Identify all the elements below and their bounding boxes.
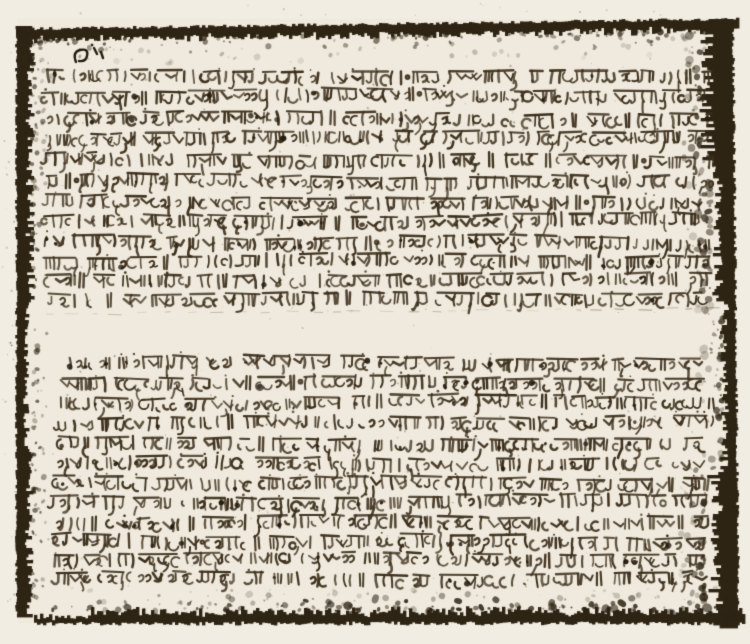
manuscript-photo: Black-and-brown photograph of a handwrit… [0, 0, 750, 644]
manuscript-canvas [0, 0, 750, 644]
